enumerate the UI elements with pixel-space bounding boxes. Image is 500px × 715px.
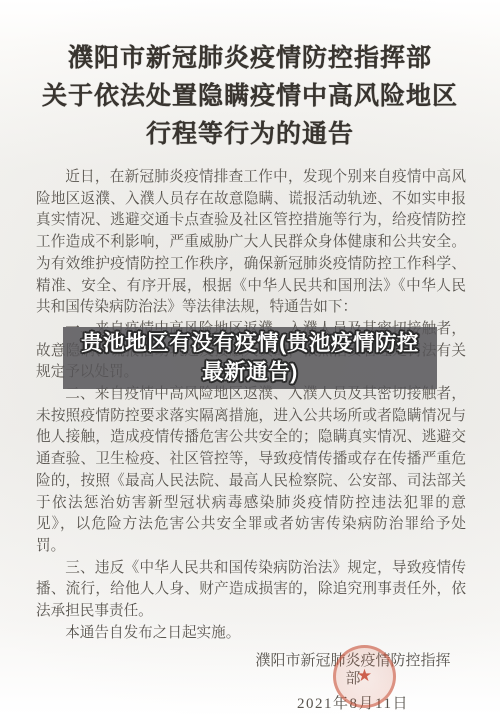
- overlay-caption-line-2: 最新通告): [202, 358, 298, 387]
- notice-paragraph-intro: 近日，在新冠肺炎疫情排查工作中，发现个别来自疫情中高风险地区返濮、入濮人员存在故…: [36, 167, 466, 319]
- official-red-seal: ★: [333, 645, 396, 708]
- overlay-caption-banner: 贵池地区有没有疫情(贵池疫情防控 最新通告): [63, 327, 437, 389]
- notice-title-line-3: 行程等行为的通告: [0, 116, 500, 154]
- notice-document-photo: 濮阳市新冠肺炎疫情防控指挥部 关于依法处置隐瞒疫情中高风险地区 行程等行为的通告…: [0, 0, 500, 715]
- notice-paragraph-item-2: 二、来自疫情中高风险地区返濮、入濮人员及其密切接触者，未按照疫情防控要求落实隔离…: [36, 384, 466, 558]
- overlay-caption-line-1: 贵池地区有没有疫情(贵池疫情防控: [81, 329, 419, 358]
- notice-paragraph-item-3: 三、违反《中华人民共和国传染病防治法》规定，导致疫情传播、流行，给他人人身、财产…: [36, 558, 466, 623]
- notice-body: 近日，在新冠肺炎疫情排查工作中，发现个别来自疫情中高风险地区返濮、入濮人员存在故…: [36, 167, 466, 644]
- seal-star-icon: ★: [357, 667, 372, 684]
- notice-paragraph-effective: 本通告自发布之日起实施。: [36, 623, 466, 645]
- notice-title: 濮阳市新冠肺炎疫情防控指挥部 关于依法处置隐瞒疫情中高风险地区 行程等行为的通告: [0, 40, 500, 154]
- notice-title-line-1: 濮阳市新冠肺炎疫情防控指挥部: [0, 40, 500, 78]
- notice-title-line-2: 关于依法处置隐瞒疫情中高风险地区: [0, 78, 500, 116]
